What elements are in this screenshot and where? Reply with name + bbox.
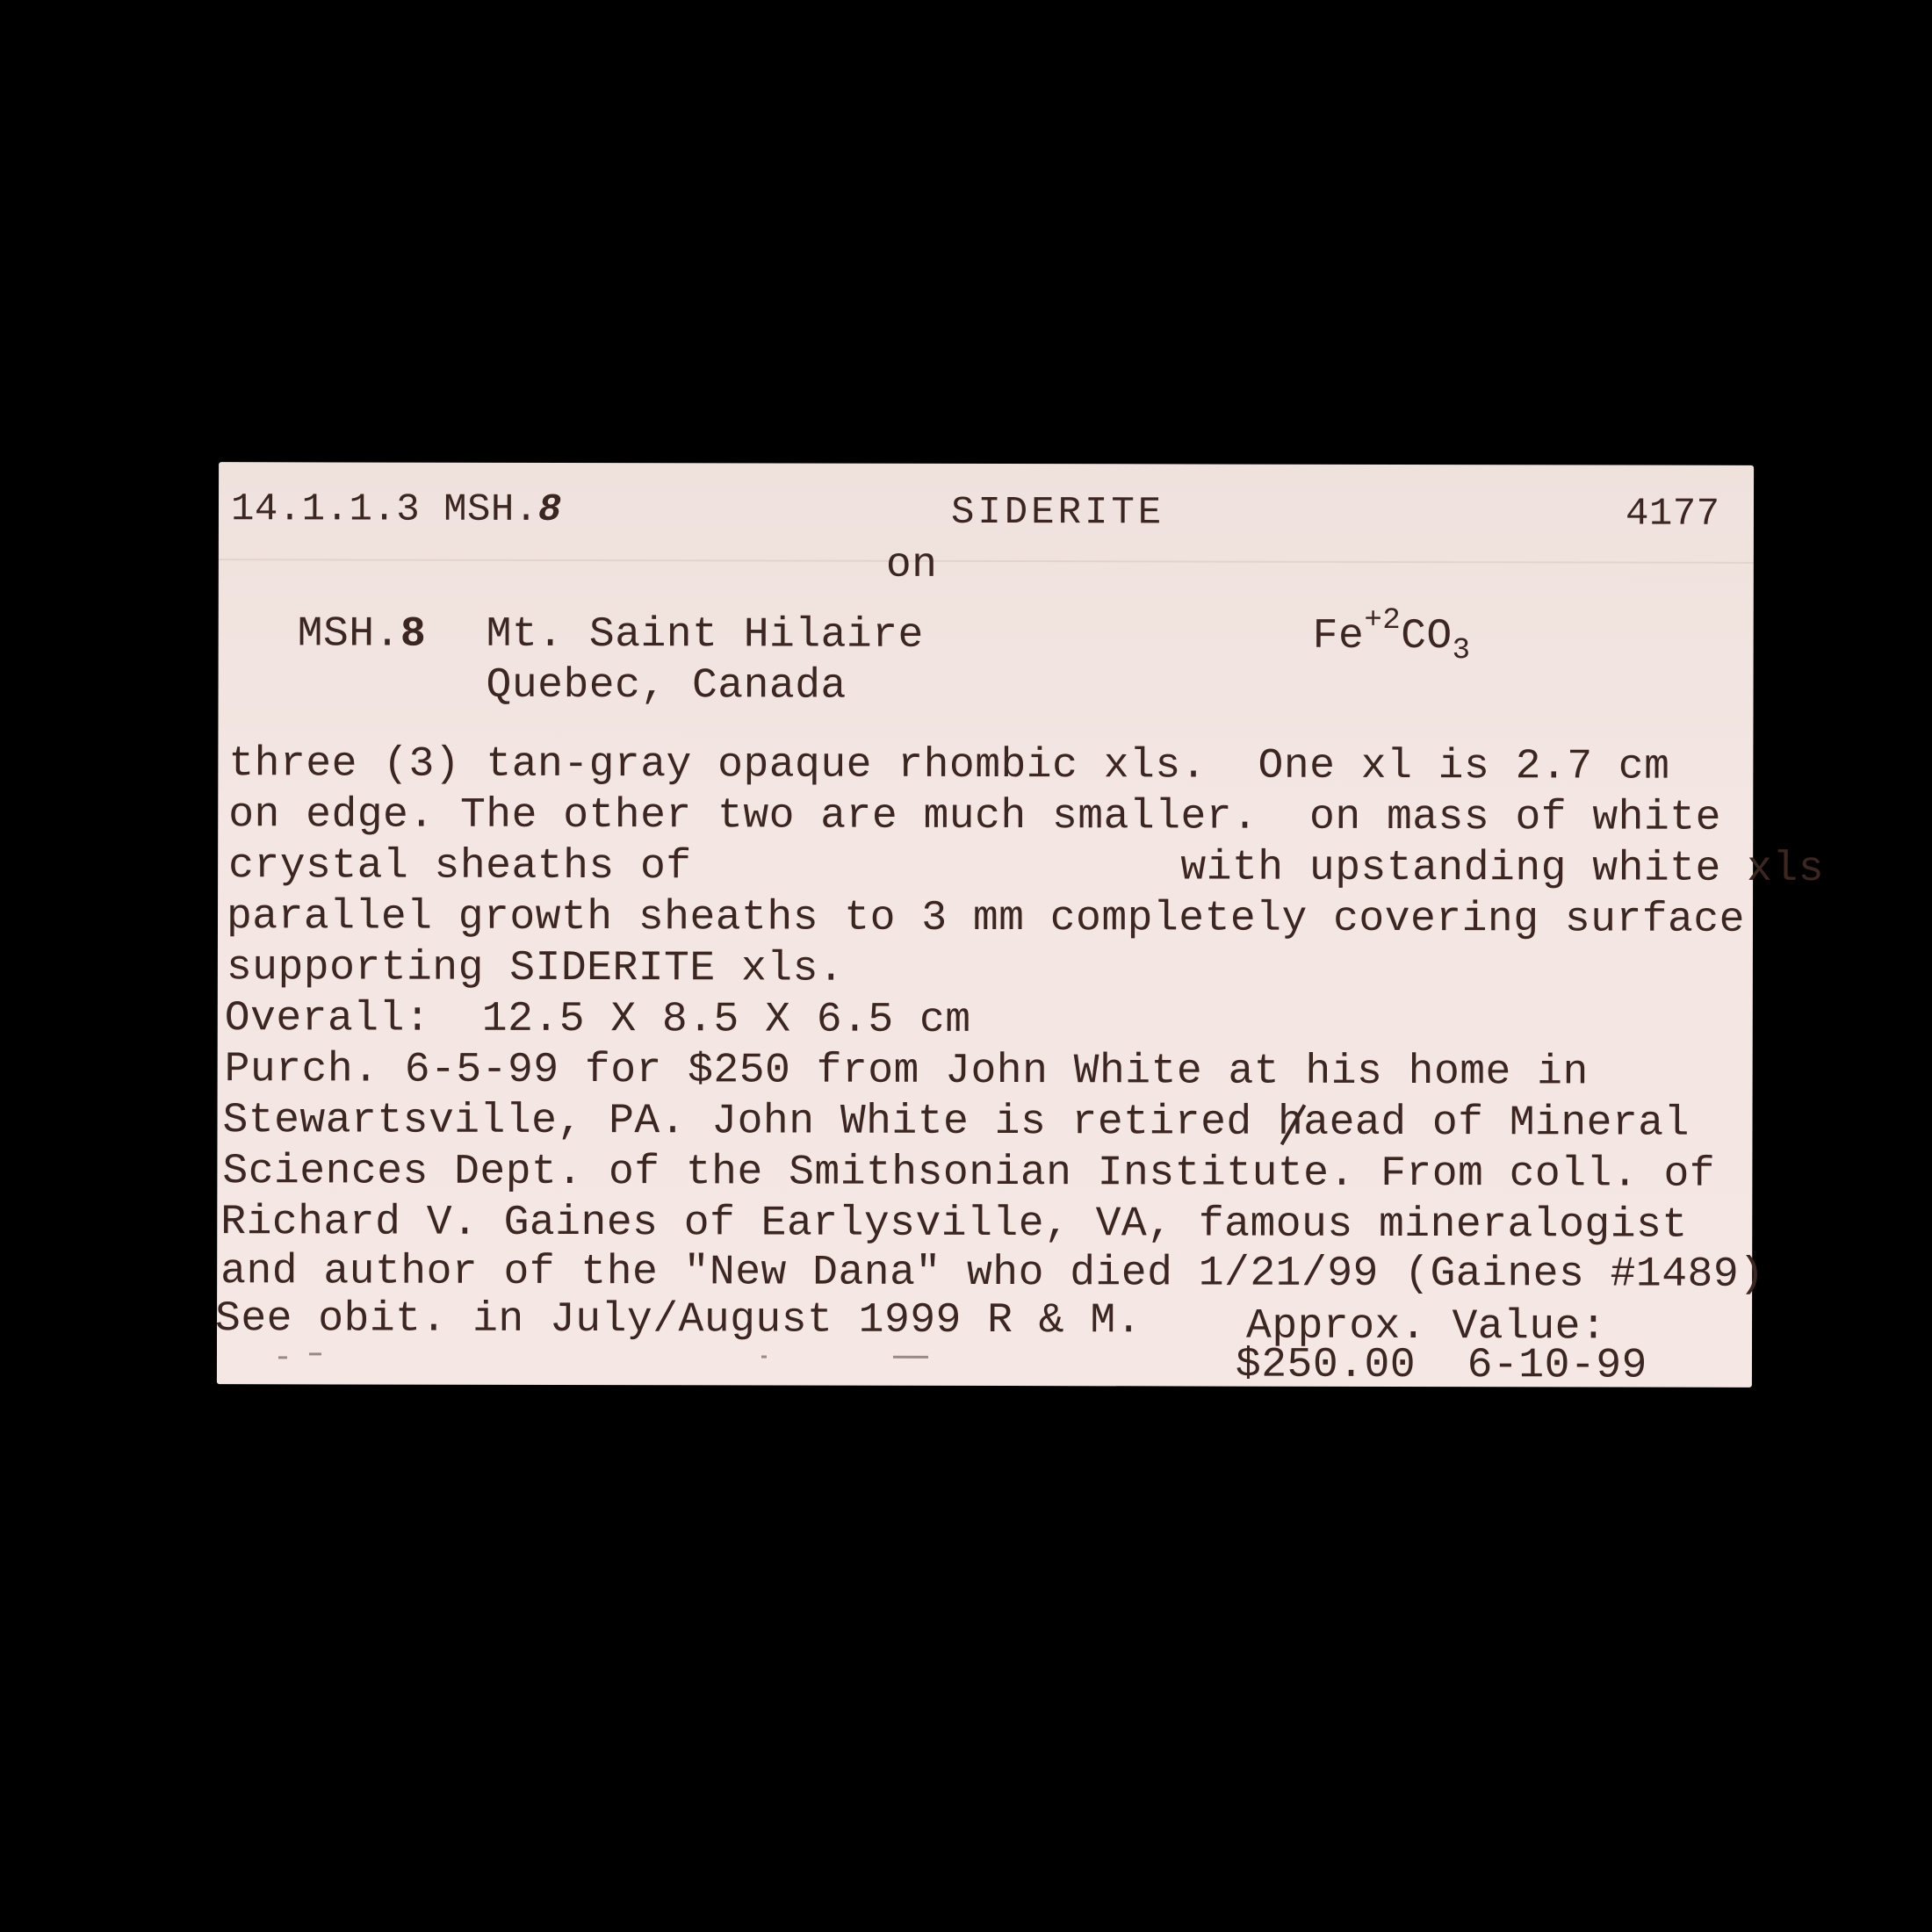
formula-charge: +2	[1364, 604, 1401, 638]
chemical-formula: Fe+2CO3	[1313, 616, 1471, 658]
description-line: parallel growth sheaths to 3 mm complete…	[227, 896, 1745, 941]
appraisal-value-line: $250.00 6-10-99	[1236, 1344, 1647, 1388]
card-crease	[219, 559, 1754, 564]
appraisal-value: $250.00	[1236, 1342, 1416, 1389]
formula-anion: CO	[1401, 613, 1453, 660]
ink-speck	[309, 1352, 321, 1355]
provenance-line: Purch. 6-5-99 for $250 from John White a…	[225, 1049, 1589, 1093]
formula-subscript: 3	[1453, 634, 1471, 667]
mineral-name: SIDERITE	[951, 494, 1164, 533]
locality-handwritten-digit: 8	[400, 611, 426, 659]
description-line: on edge. The other two are much smaller.…	[228, 794, 1721, 840]
provenance-line: Richard V. Gaines of Earlysville, VA, fa…	[220, 1201, 1687, 1246]
provenance-line: See obit. in July/August 1999 R & M.	[215, 1298, 1142, 1342]
classification-handwritten-digit: 8	[538, 488, 562, 532]
appraisal-date: 6-10-99	[1467, 1342, 1647, 1389]
classification-code: 14.1.1.3 MSH.8	[231, 490, 562, 530]
classification-text: 14.1.1.3 MSH.	[231, 487, 538, 532]
locality-code-text: MSH.	[298, 610, 400, 658]
locality-line-1: Mt. Saint Hilaire	[487, 614, 924, 657]
locality-line-2: Quebec, Canada	[487, 665, 847, 708]
locality-code: MSH.8	[298, 613, 427, 655]
catalog-number: 4177	[1626, 495, 1720, 534]
description-line: three (3) tan-gray opaque rhombic xls. O…	[228, 743, 1669, 788]
ink-speck	[278, 1356, 287, 1359]
ink-speck	[893, 1356, 928, 1359]
on-connector: on	[886, 544, 938, 587]
description-line: crystal sheaths of with upstanding white…	[228, 845, 1824, 890]
provenance-line: Sciences Dept. of the Smithsonian Instit…	[222, 1150, 1715, 1196]
description-line: supporting SIDERITE xls.	[227, 947, 844, 990]
formula-element: Fe	[1313, 613, 1365, 660]
overall-dimensions: Overall: 12.5 X 8.5 X 6.5 cm	[225, 998, 971, 1042]
provenance-line: Stewartsville, PA. John White is retired…	[222, 1099, 1689, 1144]
ink-speck	[761, 1355, 767, 1358]
specimen-label-card: 14.1.1.3 MSH.8 SIDERITE 4177 on MSH.8 Mt…	[217, 462, 1754, 1388]
provenance-line: and author of the "New Dana" who died 1/…	[220, 1251, 1764, 1296]
